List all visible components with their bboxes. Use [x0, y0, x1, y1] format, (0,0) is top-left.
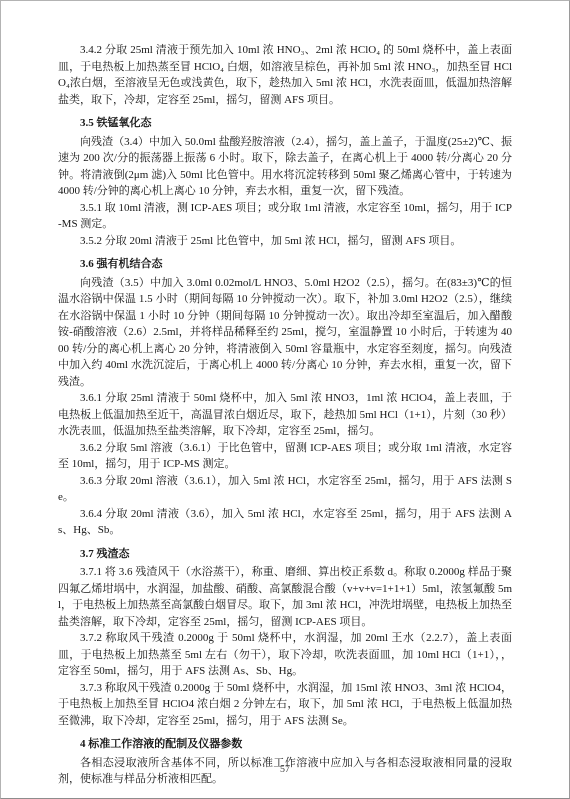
paragraph-3-6-2: 3.6.2 分取 5ml 溶液（3.6.1）于比色管中，留测 ICP-AES 项… [58, 440, 512, 473]
paragraph-3-7-1: 3.7.1 将 3.6 残渣风干（水浴蒸干），称重、磨细、算出校正系数 d。称取… [58, 564, 512, 630]
section-heading-3-6: 3.6 强有机结合态 [58, 256, 512, 273]
section-heading-3-5: 3.5 铁锰氧化态 [58, 115, 512, 132]
paragraph-3-7-3: 3.7.3 称取风干残渣 0.2000g 于 50ml 烧杯中，水润湿，加 15… [58, 680, 512, 730]
paragraph-3-6-body: 向残渣（3.5）中加入 3.0ml 0.02mol/L HNO3、5.0ml H… [58, 275, 512, 391]
section-heading-4: 4 标准工作溶液的配制及仪器参数 [58, 736, 512, 753]
section-heading-3-7: 3.7 残渣态 [58, 546, 512, 563]
paragraph-3-5-1: 3.5.1 取 10ml 清液，测 ICP-AES 项目；或分取 1ml 清液，… [58, 200, 512, 233]
paragraph-3-6-4: 3.6.4 分取 20ml 清液（3.6），加入 5ml 浓 HCl，水定容至 … [58, 506, 512, 539]
document-page: 3.4.2 分取 25ml 清液于预先加入 10ml 浓 HNO₃、2ml 浓 … [0, 0, 570, 799]
paragraph-3-7-2: 3.7.2 称取风干残渣 0.2000g 于 50ml 烧杯中，水润湿，加 20… [58, 630, 512, 680]
page-number: 57 [1, 764, 569, 775]
paragraph-3-6-1: 3.6.1 分取 25ml 清液于 50ml 烧杯中，加入 5ml 浓 HNO3… [58, 390, 512, 440]
paragraph-3-5-body: 向残渣（3.4）中加入 50.0ml 盐酸羟胺溶液（2.4），摇匀，盖上盖子，于… [58, 134, 512, 200]
paragraph-3-6-3: 3.6.3 分取 20ml 溶液（3.6.1），加入 5ml 浓 HCl，水定容… [58, 473, 512, 506]
paragraph-3-4-2: 3.4.2 分取 25ml 清液于预先加入 10ml 浓 HNO₃、2ml 浓 … [58, 42, 512, 108]
paragraph-3-5-2: 3.5.2 分取 20ml 清液于 25ml 比色管中，加 5ml 浓 HCl，… [58, 233, 512, 250]
